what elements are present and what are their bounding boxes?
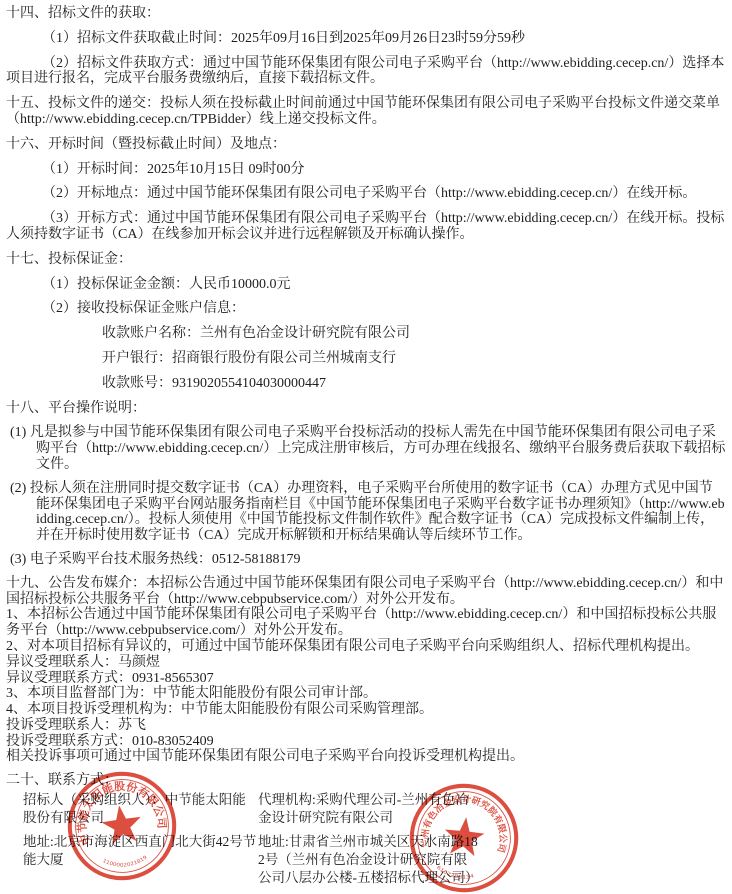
doc-paragraph: （2）接收投标保证金账户信息： — [6, 301, 726, 317]
bidder-contact-block: 招标人（采购组织人）：中节能太阳能股份有限公司 地址:北京市海淀区西直门北大街4… — [23, 791, 257, 893]
doc-paragraph: （1）投标保证金金额：人民币10000.0元 — [6, 277, 726, 293]
doc-paragraph: 4、本项目投诉受理机构为：中节能太阳能股份有限公司采购管理部。 — [6, 702, 726, 718]
doc-paragraph: 收款账户名称：兰州有色冶金设计研究院有限公司 — [6, 326, 726, 342]
bidder-name: 招标人（采购组织人）：中节能太阳能股份有限公司 — [23, 791, 257, 827]
doc-paragraph: （2）招标文件获取方式：通过中国节能环保集团有限公司电子采购平台（http://… — [6, 56, 726, 88]
section-heading: 十七、投标保证金： — [6, 252, 726, 268]
section-heading: 十四、招标文件的获取： — [6, 6, 726, 22]
agency-address: 地址:甘肃省兰州市城关区天水南路182号（兰州有色冶金设计研究院有限公司八层办公… — [258, 833, 478, 887]
doc-paragraph: （3）开标方式：通过中国节能环保集团有限公司电子采购平台（http://www.… — [6, 211, 726, 243]
doc-paragraph: 收款账号：9319020554104030000447 — [6, 376, 726, 392]
doc-paragraph: （2）开标地点：通过中国节能环保集团有限公司电子采购平台（http://www.… — [6, 186, 726, 202]
doc-paragraph: （1）开标时间：2025年10月15日 09时00分 — [6, 162, 726, 178]
doc-paragraph: 开户银行：招商银行股份有限公司兰州城南支行 — [6, 351, 726, 367]
contact-heading: 二十、联系方式： — [6, 773, 726, 789]
bidder-address: 地址:北京市海淀区西直门北大街42号节能大厦 — [23, 833, 257, 869]
doc-paragraph: (1) 凡是拟参与中国节能环保集团有限公司电子采购平台投标活动的投标人需先在中国… — [6, 425, 726, 472]
section-heading: 十六、开标时间（暨投标截止时间）及地点： — [6, 137, 726, 153]
doc-paragraph: 相关投诉事项可通过中国节能环保集团有限公司电子采购平台向投诉受理机构提出。 — [6, 749, 726, 765]
doc-paragraph: （1）招标文件获取截止时间：2025年09月16日到2025年09月26日23时… — [6, 31, 726, 47]
contact-columns: 招标人（采购组织人）：中节能太阳能股份有限公司 地址:北京市海淀区西直门北大街4… — [6, 791, 726, 893]
doc-paragraph: (2) 投标人须在注册同时提交数字证书（CA）办理资料，电子采购平台所使用的数字… — [6, 481, 726, 544]
doc-paragraph: 投诉受理联系人：苏飞 — [6, 718, 726, 734]
doc-paragraph: 十九、公告发布媒介：本招标公告通过中国节能环保集团有限公司电子采购平台（http… — [6, 576, 726, 608]
doc-paragraph: 1、本招标公告通过中国节能环保集团有限公司电子采购平台（http://www.e… — [6, 607, 726, 639]
agency-name: 代理机构:采购代理公司-兰州有色冶金设计研究院有限公司 — [258, 791, 478, 827]
document-body: 十四、招标文件的获取：（1）招标文件获取截止时间：2025年09月16日到202… — [6, 6, 726, 765]
tender-notice-page: 十四、招标文件的获取：（1）招标文件获取截止时间：2025年09月16日到202… — [0, 0, 732, 894]
section-heading: 十五、投标文件的递交：投标人须在投标截止时间前通过中国节能环保集团有限公司电子采… — [6, 96, 726, 128]
doc-paragraph: 2、对本项目招标有异议的，可通过中国节能环保集团有限公司电子采购平台向采购组织人… — [6, 639, 726, 655]
doc-paragraph: 3、本项目监督部门为：中节能太阳能股份有限公司审计部。 — [6, 686, 726, 702]
section-heading: 十八、平台操作说明： — [6, 401, 726, 417]
doc-paragraph: 异议受理联系方式：0931-8565307 — [6, 671, 726, 687]
doc-paragraph: 投诉受理联系方式：010-83052409 — [6, 734, 726, 750]
doc-paragraph: 异议受理联系人：马颜煜 — [6, 655, 726, 671]
doc-paragraph: (3) 电子采购平台技术服务热线：0512-58188179 — [6, 552, 726, 568]
agency-contact-block: 代理机构:采购代理公司-兰州有色冶金设计研究院有限公司 地址:甘肃省兰州市城关区… — [258, 791, 478, 893]
contact-section: 二十、联系方式： 招标人（采购组织人）：中节能太阳能股份有限公司 地址:北京市海… — [6, 773, 726, 893]
